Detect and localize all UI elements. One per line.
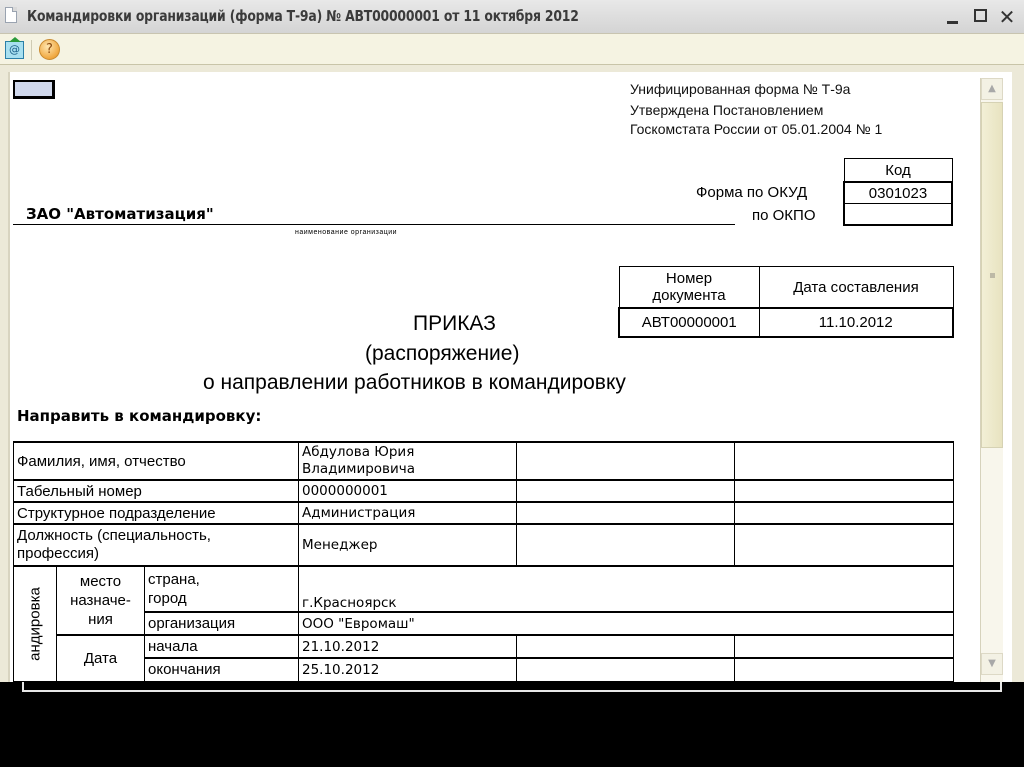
country-city-label-line2: город xyxy=(148,590,187,607)
document-number-table: Номер документа Дата составления АВТ0000… xyxy=(618,266,954,338)
empty-cell xyxy=(517,658,735,681)
table-row: организация ООО "Евромаш" xyxy=(14,612,954,635)
close-button[interactable]: ✕ xyxy=(996,6,1018,28)
doc-number-header: Номер документа xyxy=(619,267,759,309)
start-date-value: 21.10.2012 xyxy=(299,635,517,658)
destination-org-label: организация xyxy=(145,612,299,635)
screen-background xyxy=(0,682,1024,767)
date-label: Дата xyxy=(57,635,145,681)
send-email-icon[interactable]: @ xyxy=(5,41,24,59)
trip-group-label-cell: андировка xyxy=(14,566,57,681)
scrollbar-thumb[interactable] xyxy=(981,102,1003,448)
fio-value: Абдулова Юрия Владимировича xyxy=(299,442,517,480)
okud-value: 0301023 xyxy=(844,182,952,204)
order-purpose: о направлении работников в командировку xyxy=(203,371,626,395)
organization-caption: наименование организации xyxy=(295,229,397,236)
position-label-line2: профессия) xyxy=(17,545,99,562)
spreadsheet-document: Унифицированная форма № Т-9а Утверждена … xyxy=(10,72,982,682)
table-row: Табельный номер 0000000001 xyxy=(14,480,954,502)
position-label-line1: Должность (специальность, xyxy=(17,527,211,544)
personnel-number-value: 0000000001 xyxy=(299,480,517,502)
destination-label: место назначе- ния xyxy=(57,566,145,635)
empty-cell xyxy=(735,480,954,502)
destination-org-value: ООО "Евромаш" xyxy=(299,612,954,635)
toolbar-separator xyxy=(31,40,32,60)
okud-label: Форма по ОКУД xyxy=(696,184,807,201)
okpo-label: по ОКПО xyxy=(752,207,816,224)
form-note-line: Утверждена Постановлением xyxy=(630,102,823,118)
end-date-label: окончания xyxy=(145,658,299,681)
okpo-value xyxy=(844,204,952,226)
fio-value-line1: Абдулова Юрия xyxy=(302,444,414,460)
country-city-label-line1: страна, xyxy=(148,571,200,588)
empty-cell xyxy=(517,442,735,480)
table-row: андировка место назначе- ния страна, гор… xyxy=(14,566,954,612)
department-label: Структурное подразделение xyxy=(14,502,299,524)
organization-name: ЗАО "Автоматизация" xyxy=(26,205,214,223)
scrollbar-grip-icon xyxy=(990,273,995,278)
codes-table: Код 0301023 xyxy=(843,158,953,226)
document-icon xyxy=(5,7,17,23)
window-bottom-edge xyxy=(22,682,1002,692)
toolbar: @ ? xyxy=(0,34,1024,65)
section-label: Направить в командировку: xyxy=(17,407,261,425)
document-window: Командировки организаций (форма Т-9а) № … xyxy=(0,0,1024,682)
codes-header: Код xyxy=(844,159,952,183)
destination-label-line1: место xyxy=(80,573,121,590)
empty-cell xyxy=(517,480,735,502)
form-note-line: Госкомстата России от 05.01.2004 № 1 xyxy=(630,121,882,137)
doc-date-value: 11.10.2012 xyxy=(759,308,953,337)
window-title: Командировки организаций (форма Т-9а) № … xyxy=(27,7,579,25)
end-date-value: 25.10.2012 xyxy=(299,658,517,681)
destination-label-line2: назначе- xyxy=(70,592,131,609)
position-value: Менеджер xyxy=(299,524,517,566)
trip-group-label: андировка xyxy=(27,587,44,661)
title-bar: Командировки организаций (форма Т-9а) № … xyxy=(0,0,1024,34)
order-subtitle: (распоряжение) xyxy=(365,342,519,366)
destination-label-line3: ния xyxy=(88,611,113,628)
minimize-button[interactable] xyxy=(942,6,964,28)
empty-cell xyxy=(735,524,954,566)
vertical-scrollbar[interactable]: ▲ ▼ xyxy=(980,78,1003,682)
doc-number-header-line1: Номер xyxy=(666,270,712,287)
table-row: окончания 25.10.2012 xyxy=(14,658,954,681)
maximize-button[interactable] xyxy=(970,6,992,28)
table-row: Должность (специальность, профессия) Мен… xyxy=(14,524,954,566)
selected-cell[interactable] xyxy=(13,80,55,99)
form-note-line: Унифицированная форма № Т-9а xyxy=(630,81,850,97)
empty-cell xyxy=(735,502,954,524)
table-row: Фамилия, имя, отчество Абдулова Юрия Вла… xyxy=(14,442,954,480)
scroll-down-arrow-icon[interactable]: ▼ xyxy=(981,653,1003,675)
table-row: Структурное подразделение Администрация xyxy=(14,502,954,524)
empty-cell xyxy=(735,442,954,480)
scroll-up-arrow-icon[interactable]: ▲ xyxy=(981,78,1003,100)
empty-cell xyxy=(735,635,954,658)
table-row: Дата начала 21.10.2012 xyxy=(14,635,954,658)
doc-date-header: Дата составления xyxy=(759,267,953,309)
order-title: ПРИКАЗ xyxy=(413,312,496,336)
department-value: Администрация xyxy=(299,502,517,524)
help-icon[interactable]: ? xyxy=(39,39,60,60)
empty-cell xyxy=(517,524,735,566)
empty-cell xyxy=(517,502,735,524)
document-viewport: Унифицированная форма № Т-9а Утверждена … xyxy=(8,72,1012,682)
organization-underline xyxy=(13,224,735,225)
employee-trip-table: Фамилия, имя, отчество Абдулова Юрия Вла… xyxy=(13,441,954,682)
position-label: Должность (специальность, профессия) xyxy=(14,524,299,566)
start-date-label: начала xyxy=(145,635,299,658)
country-city-value: г.Красноярск xyxy=(299,566,954,612)
doc-number-value: АВТ00000001 xyxy=(619,308,759,337)
empty-cell xyxy=(517,635,735,658)
empty-cell xyxy=(735,658,954,681)
fio-value-line2: Владимировича xyxy=(302,461,415,477)
fio-label: Фамилия, имя, отчество xyxy=(14,442,299,480)
country-city-label: страна, город xyxy=(145,566,299,612)
personnel-number-label: Табельный номер xyxy=(14,480,299,502)
doc-number-header-line2: документа xyxy=(652,287,725,304)
